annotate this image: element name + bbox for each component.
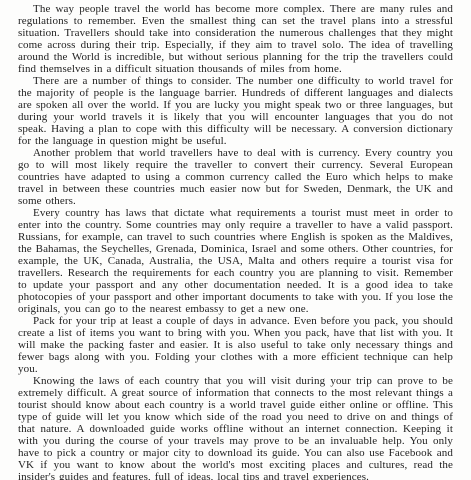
paragraph-packing: Pack for your trip at least a couple of … <box>18 315 453 375</box>
document-page: The way people travel the world has beco… <box>0 0 471 480</box>
paragraph-language-barrier: There are a number of things to consider… <box>18 75 453 147</box>
paragraph-travel-guides: Knowing the laws of each country that yo… <box>18 375 453 480</box>
paragraph-travel-complexity: The way people travel the world has beco… <box>18 3 453 75</box>
paragraph-entry-requirements: Every country has laws that dictate what… <box>18 207 453 315</box>
paragraph-currency: Another problem that world travellers ha… <box>18 147 453 207</box>
